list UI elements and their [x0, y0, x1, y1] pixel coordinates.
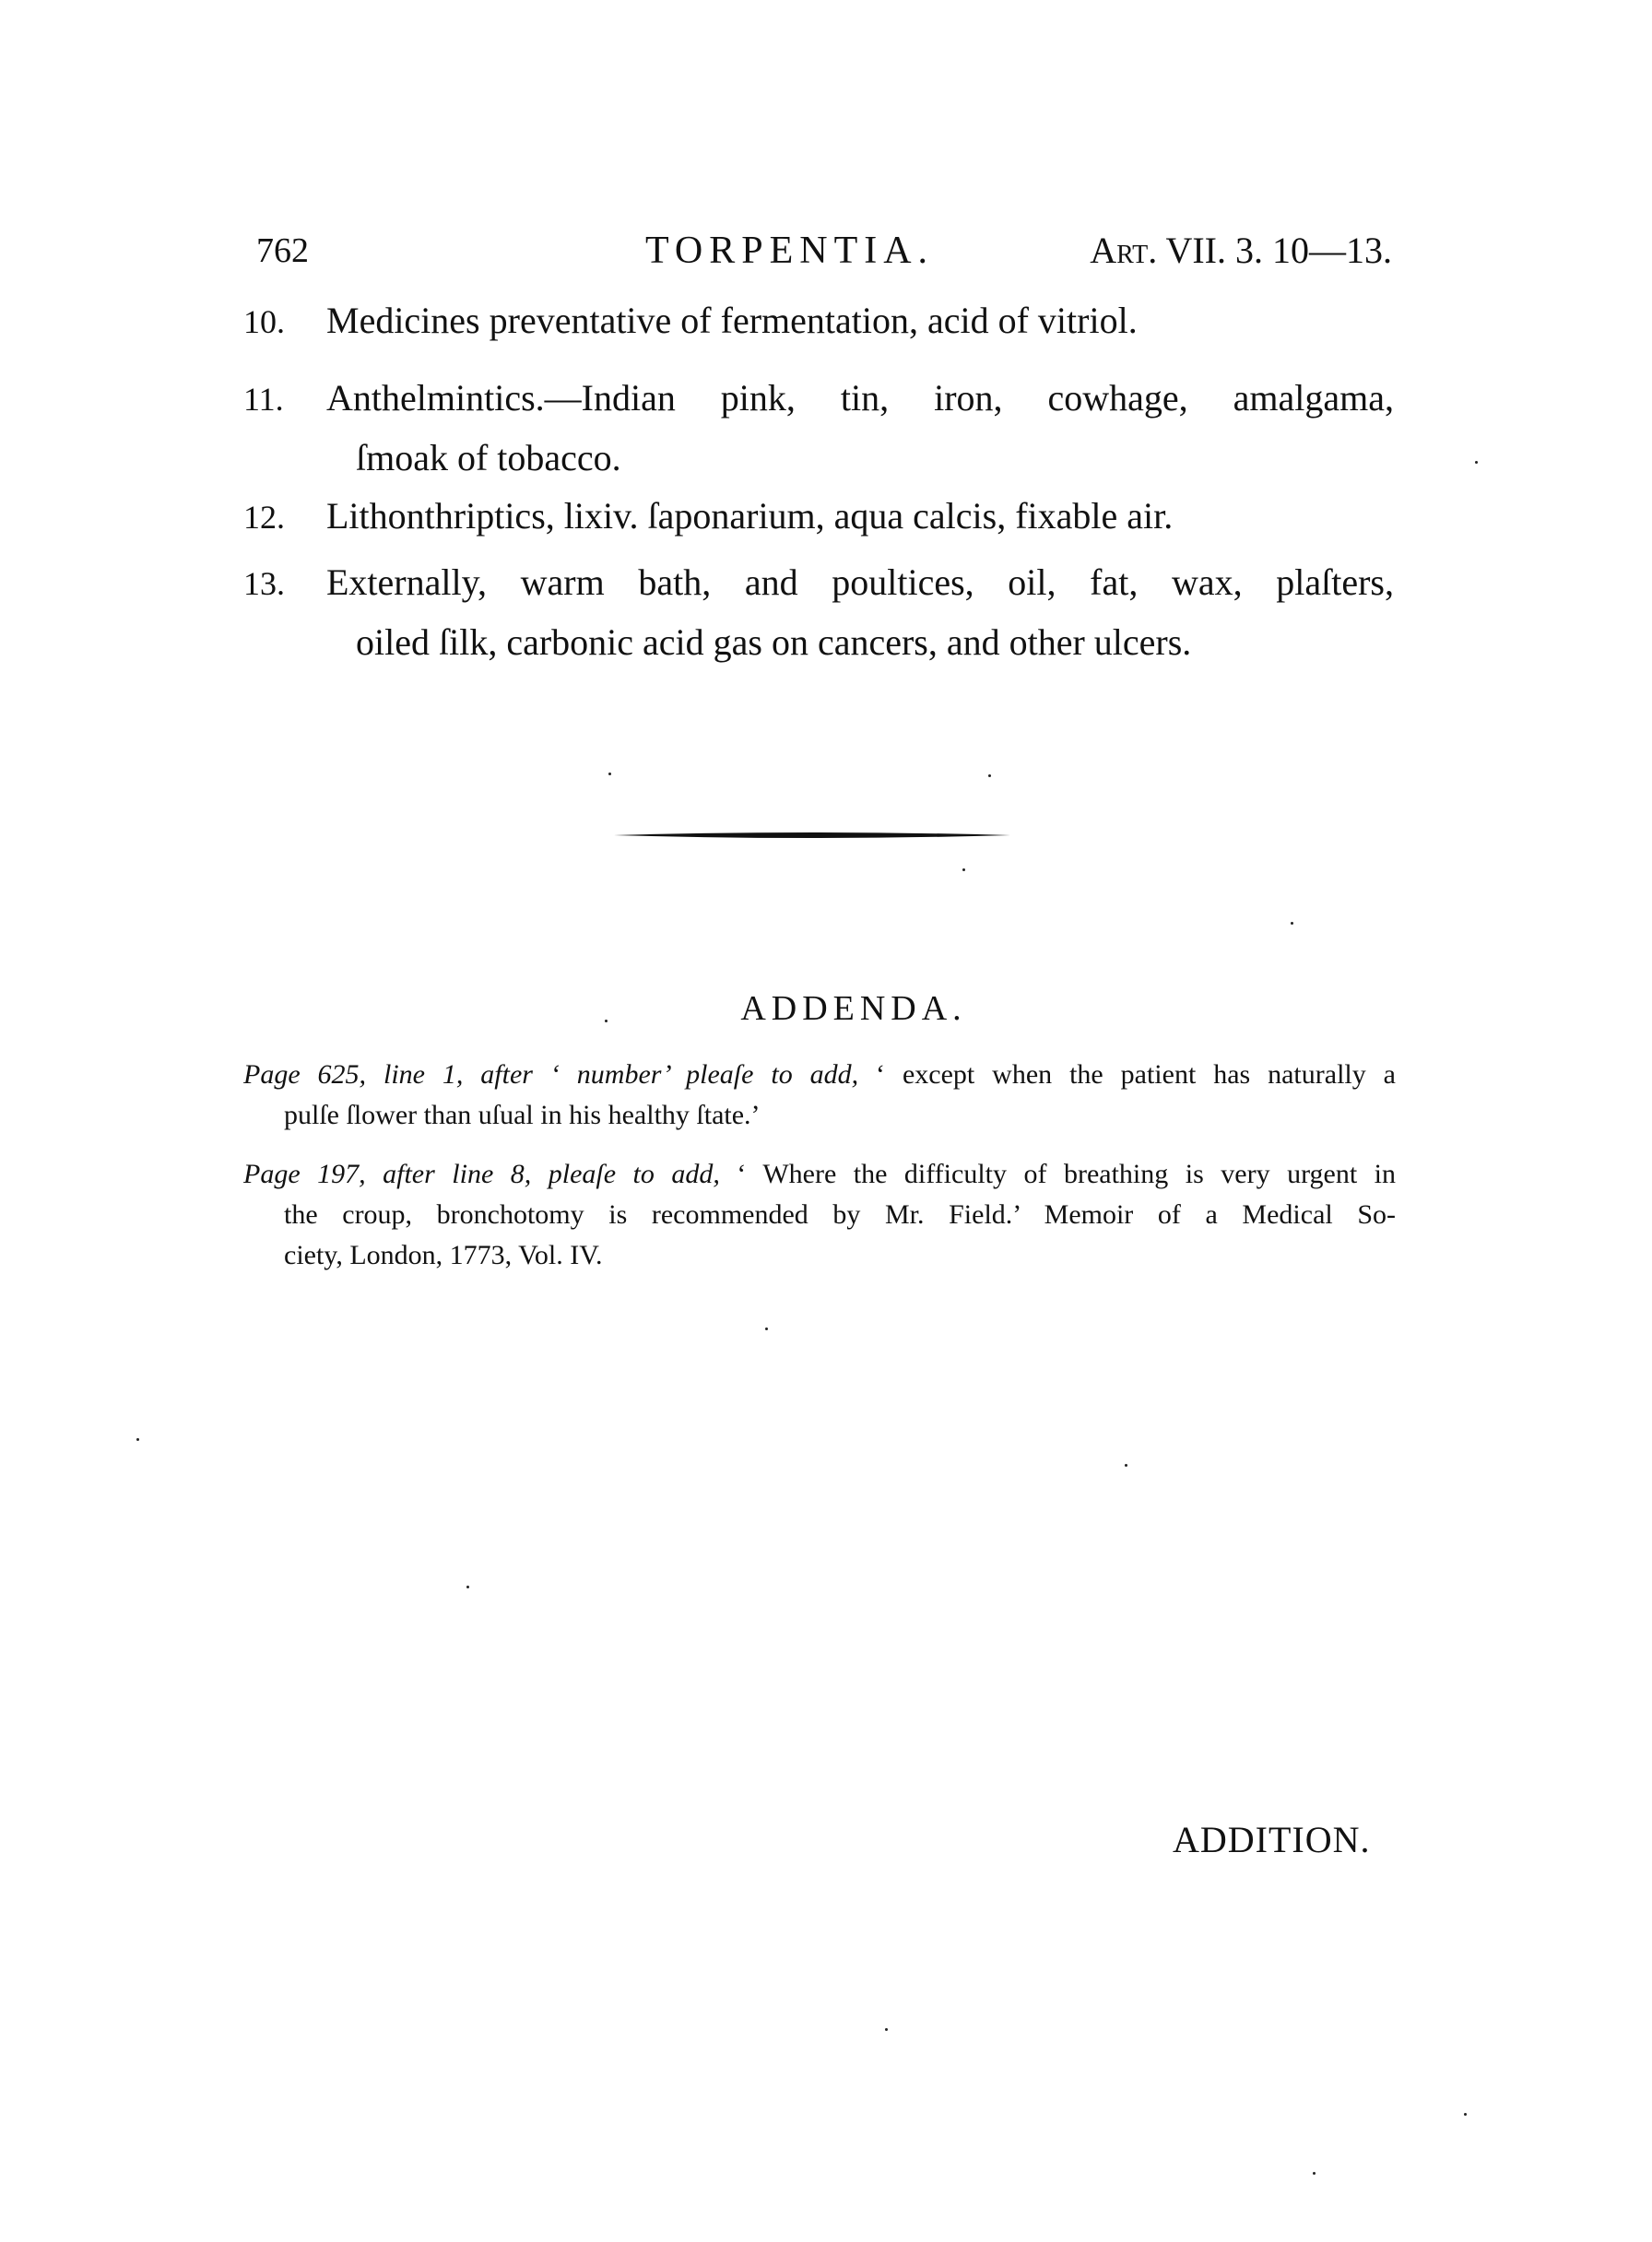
addendum-text-continued: the croup, bronchotomy is recommended by…	[243, 1195, 1396, 1235]
running-head: 762 TORPENTIA. Art. VII. 3. 10—13.	[256, 225, 1392, 277]
scan-speck	[962, 868, 965, 871]
item-number: 13.	[243, 554, 326, 613]
scan-speck	[988, 774, 991, 777]
scan-speck	[885, 2028, 888, 2031]
page-number: 762	[256, 225, 309, 277]
list-item: 11.Anthelmintics.—Indian pink, tin, iron…	[243, 369, 1394, 488]
article-reference: Art. VII. 3. 10—13.	[1090, 225, 1392, 277]
item-text-continued: oiled ſilk, carbonic acid gas on cancers…	[243, 613, 1394, 672]
addendum-entry: Page 625, line 1, after ‘ number’ pleaſe…	[243, 1055, 1396, 1136]
addendum-entry: Page 197, after line 8, pleaſe to add, ‘…	[243, 1154, 1396, 1276]
scan-speck	[608, 773, 611, 775]
scan-speck	[1464, 2113, 1467, 2116]
item-number: 11.	[243, 370, 326, 429]
article-section: VII. 3. 10—13.	[1165, 230, 1392, 271]
article-prefix: Art.	[1090, 230, 1157, 271]
addendum-text-continued: pulſe ſlower than uſual in his healthy ſ…	[243, 1095, 1396, 1136]
scan-speck	[466, 1586, 469, 1588]
addenda-heading: ADDENDA.	[0, 988, 1652, 1029]
scan-speck	[1313, 2172, 1316, 2175]
running-title: TORPENTIA.	[645, 225, 934, 277]
item-text-continued: ſmoak of tobacco.	[243, 429, 1394, 488]
item-text: Externally, warm bath, and poultices, oi…	[326, 561, 1394, 603]
list-item: 12.Lithonthriptics, lixiv. ſaponarium, a…	[243, 487, 1394, 547]
addendum-reference: Page 197, after line 8, pleaſe to add,	[243, 1159, 720, 1189]
addendum-text: ‘ Where the difficulty of breathing is v…	[720, 1159, 1396, 1189]
section-divider-rule	[614, 832, 1010, 839]
scan-speck	[136, 1438, 139, 1441]
item-number: 12.	[243, 488, 326, 547]
item-text: Medicines preventative of fermentation, …	[326, 300, 1138, 341]
addendum-text-continued: ciety, London, 1773, Vol. IV.	[243, 1235, 1396, 1276]
book-page: 762 TORPENTIA. Art. VII. 3. 10—13. 10.Me…	[0, 0, 1652, 2242]
item-text: Anthelmintics.—Indian pink, tin, iron, c…	[326, 377, 1394, 419]
scan-speck	[765, 1327, 768, 1330]
scan-speck	[1475, 461, 1478, 464]
catchword: ADDITION.	[1173, 1818, 1371, 1861]
item-text: Lithonthriptics, lixiv. ſaponarium, aqua…	[326, 495, 1173, 537]
item-number: 10.	[243, 292, 326, 351]
list-item: 13.Externally, warm bath, and poultices,…	[243, 553, 1394, 672]
addendum-reference: Page 625, line 1, after ‘ number’ pleaſe…	[243, 1059, 858, 1090]
addendum-text: ‘ except when the patient has naturally …	[858, 1059, 1396, 1090]
scan-speck	[1291, 922, 1293, 925]
scan-speck	[605, 1020, 608, 1022]
list-item: 10.Medicines preventative of fermentatio…	[243, 291, 1394, 351]
scan-speck	[1125, 1464, 1127, 1467]
